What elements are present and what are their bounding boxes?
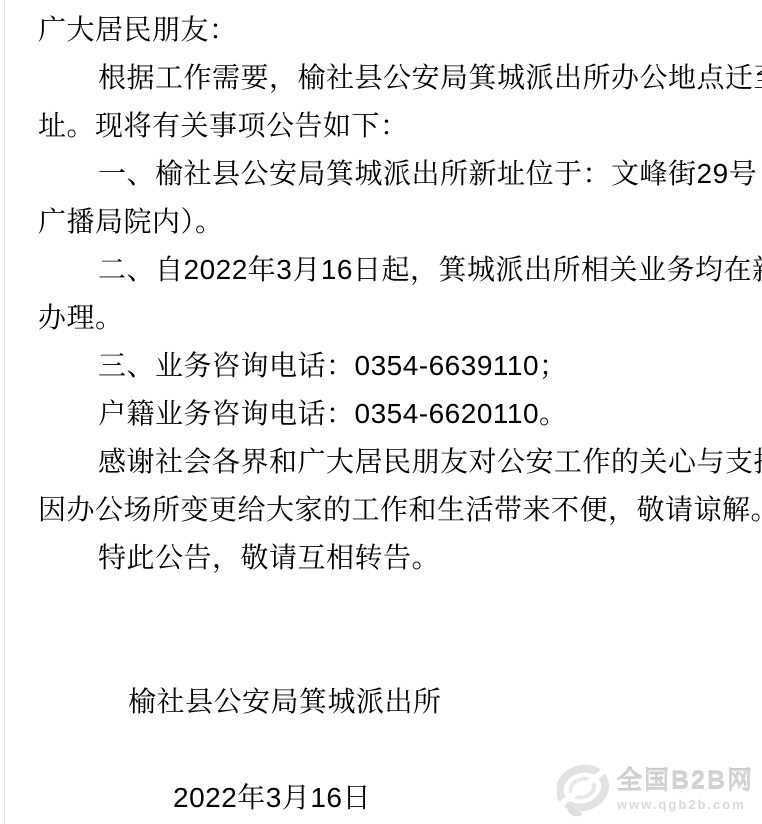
site-logo-icon — [557, 762, 609, 818]
notice-thanks-line: 感谢社会各界和广大居民朋友对公安工作的关心与支持， — [38, 438, 744, 486]
notice-line: 址。现将有关事项公告如下： — [38, 102, 744, 150]
notice-closing-line: 特此公告，敬请互相转告。 — [38, 534, 744, 582]
site-name: 全国B2B网 — [617, 767, 754, 795]
notice-line: 广播局院内）。 — [38, 198, 744, 246]
watermark: 全国B2B网 www.qgb2b.com — [557, 762, 754, 818]
notice-salutation: 广大居民朋友： — [38, 6, 744, 54]
site-url: www.qgb2b.com — [617, 797, 746, 813]
notice-line: 因办公场所变更给大家的工作和生活带来不便，敬请谅解。 — [38, 486, 744, 534]
notice-item-2: 二、自2022年3月16日起，箕城派出所相关业务均在新所 — [38, 246, 744, 294]
notice-household-phone: 户籍业务咨询电话：0354-6620110。 — [38, 390, 744, 438]
notice-line: 办理。 — [38, 294, 744, 342]
signature-line: 榆社县公安局箕城派出所 — [38, 678, 744, 726]
notice-line: 根据工作需要，榆社县公安局箕城派出所办公地点迁至新 — [38, 54, 744, 102]
notice-item-3-phone: 三、业务咨询电话：0354-6639110； — [38, 342, 744, 390]
watermark-text: 全国B2B网 www.qgb2b.com — [617, 767, 754, 813]
notice-item-1: 一、榆社县公安局箕城派出所新址位于：文峰街29号（原 — [38, 150, 744, 198]
notice-body: 广大居民朋友： 根据工作需要，榆社县公安局箕城派出所办公地点迁至新 址。现将有关… — [0, 0, 762, 822]
